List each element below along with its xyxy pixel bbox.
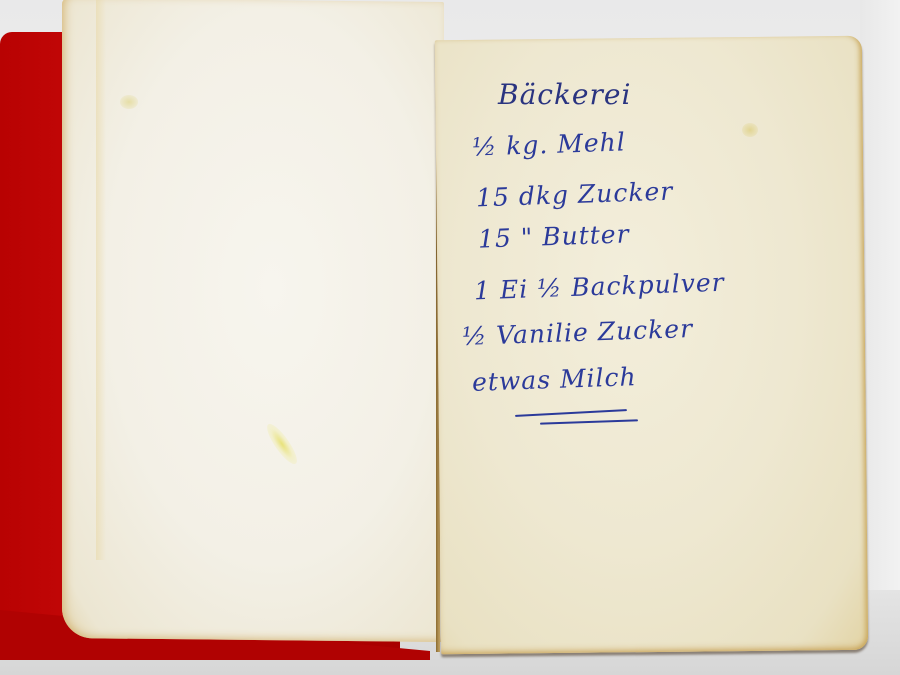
recipe-title: Bäckerei xyxy=(498,78,631,111)
recipe-line-milk: etwas Milch xyxy=(472,362,638,397)
left-page-blank xyxy=(62,0,444,642)
left-page-edge-yellowing xyxy=(96,0,106,560)
left-page-small-stain xyxy=(120,95,138,109)
photo-scene: Bäckerei ½ kg. Mehl 15 dkg Zucker 15 " B… xyxy=(0,0,900,675)
recipe-line-flour: ½ kg. Mehl xyxy=(472,127,627,161)
right-page-small-stain xyxy=(742,123,758,137)
recipe-line-butter: 15 " Butter xyxy=(478,219,630,253)
